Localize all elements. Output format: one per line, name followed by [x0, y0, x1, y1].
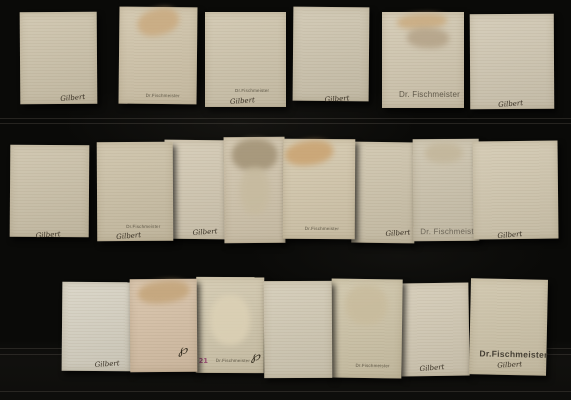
expert-signature-gilbert: Gilbert [498, 99, 523, 109]
stamp-back-r1-6: Gilbert [470, 14, 554, 109]
expert-handstamp-fischmeister: Dr.Fischmeister [146, 93, 180, 98]
expert-signature-gilbert: Gilbert [385, 229, 410, 238]
expert-signature-gilbert: Gilbert [192, 227, 217, 236]
expert-handstamp-fischmeister: Dr.Fischmeister [305, 226, 339, 231]
expert-handstamp-fischmeister: Dr. Fischmeister [399, 90, 460, 99]
stockbook-shelf-line [0, 118, 571, 119]
stamp-back-r2-7: Dr. Fischmeist [413, 139, 480, 241]
paper-stain [135, 4, 182, 40]
expert-monogram: ℘ [178, 343, 187, 358]
stamp-back-r1-4: Gilbert [293, 7, 370, 102]
paper-stain [210, 295, 250, 345]
expert-signature-gilbert: Gilbert [324, 94, 349, 104]
expert-signature-gilbert: Gilbert [35, 230, 60, 240]
stockbook-shelf-line [0, 123, 571, 124]
expert-signature-gilbert: Gilbert [116, 231, 141, 241]
stamp-back-r2-8: Gilbert [472, 141, 558, 240]
stamp-back-r3-7: Dr.FischmeisterGilbert [469, 278, 548, 376]
stamp-back-r2-6: Gilbert [351, 142, 415, 244]
expert-handstamp-fischmeister: Dr.Fischmeister [235, 88, 269, 93]
stamp-collection-photo: GilbertDr.FischmeisterDr.FischmeisterGil… [0, 0, 571, 400]
number-handstamp: 21 [199, 357, 208, 365]
stamp-back-r3-3: 21Dr.Fischmeister℘ [196, 277, 265, 373]
expert-signature-gilbert: Gilbert [94, 359, 119, 369]
paper-stain [407, 27, 450, 48]
stamp-back-r3-5: Dr.Fischmeister [330, 279, 402, 379]
paper-stain [137, 278, 191, 306]
stamp-back-r1-2: Dr.Fischmeister [118, 7, 197, 105]
stamp-back-r2-4 [224, 137, 286, 244]
paper-stain [284, 138, 335, 168]
expert-handstamp-fischmeister: Dr.Fischmeister [126, 224, 160, 229]
expert-handstamp-fischmeister: Dr.Fischmeister [479, 348, 547, 359]
expert-signature-gilbert: Gilbert [230, 96, 255, 106]
stamp-back-r3-6: Gilbert [400, 283, 469, 377]
stamp-back-r3-4 [264, 281, 333, 378]
expert-monogram: ℘ [251, 349, 260, 364]
paper-stain [345, 285, 388, 326]
stamp-back-r2-1: Gilbert [10, 145, 90, 238]
expert-signature-gilbert: Gilbert [60, 93, 85, 103]
expert-signature-gilbert: Gilbert [497, 230, 522, 240]
expert-handstamp-fischmeister: Dr. Fischmeist [420, 227, 474, 236]
stamp-back-r1-1: Gilbert [20, 12, 98, 105]
stamp-back-r2-2: Dr.FischmeisterGilbert [97, 142, 174, 241]
expert-signature-gilbert: Gilbert [419, 363, 444, 373]
stamp-back-r2-5: Dr.Fischmeister [283, 139, 356, 239]
expert-handstamp-fischmeister: Dr.Fischmeister [355, 363, 389, 368]
paper-stain [425, 143, 463, 163]
expert-signature-gilbert: Gilbert [497, 360, 522, 369]
stamp-back-r1-3: Dr.FischmeisterGilbert [205, 12, 286, 107]
stamp-back-r1-5: Dr. Fischmeister [382, 12, 464, 108]
stamp-back-r3-2: ℘ [130, 279, 198, 372]
stockbook-shelf-line [0, 391, 571, 392]
expert-handstamp-fischmeister: Dr.Fischmeister [216, 358, 250, 363]
paper-stain [240, 167, 270, 215]
stamp-back-r3-1: Gilbert [62, 282, 132, 372]
